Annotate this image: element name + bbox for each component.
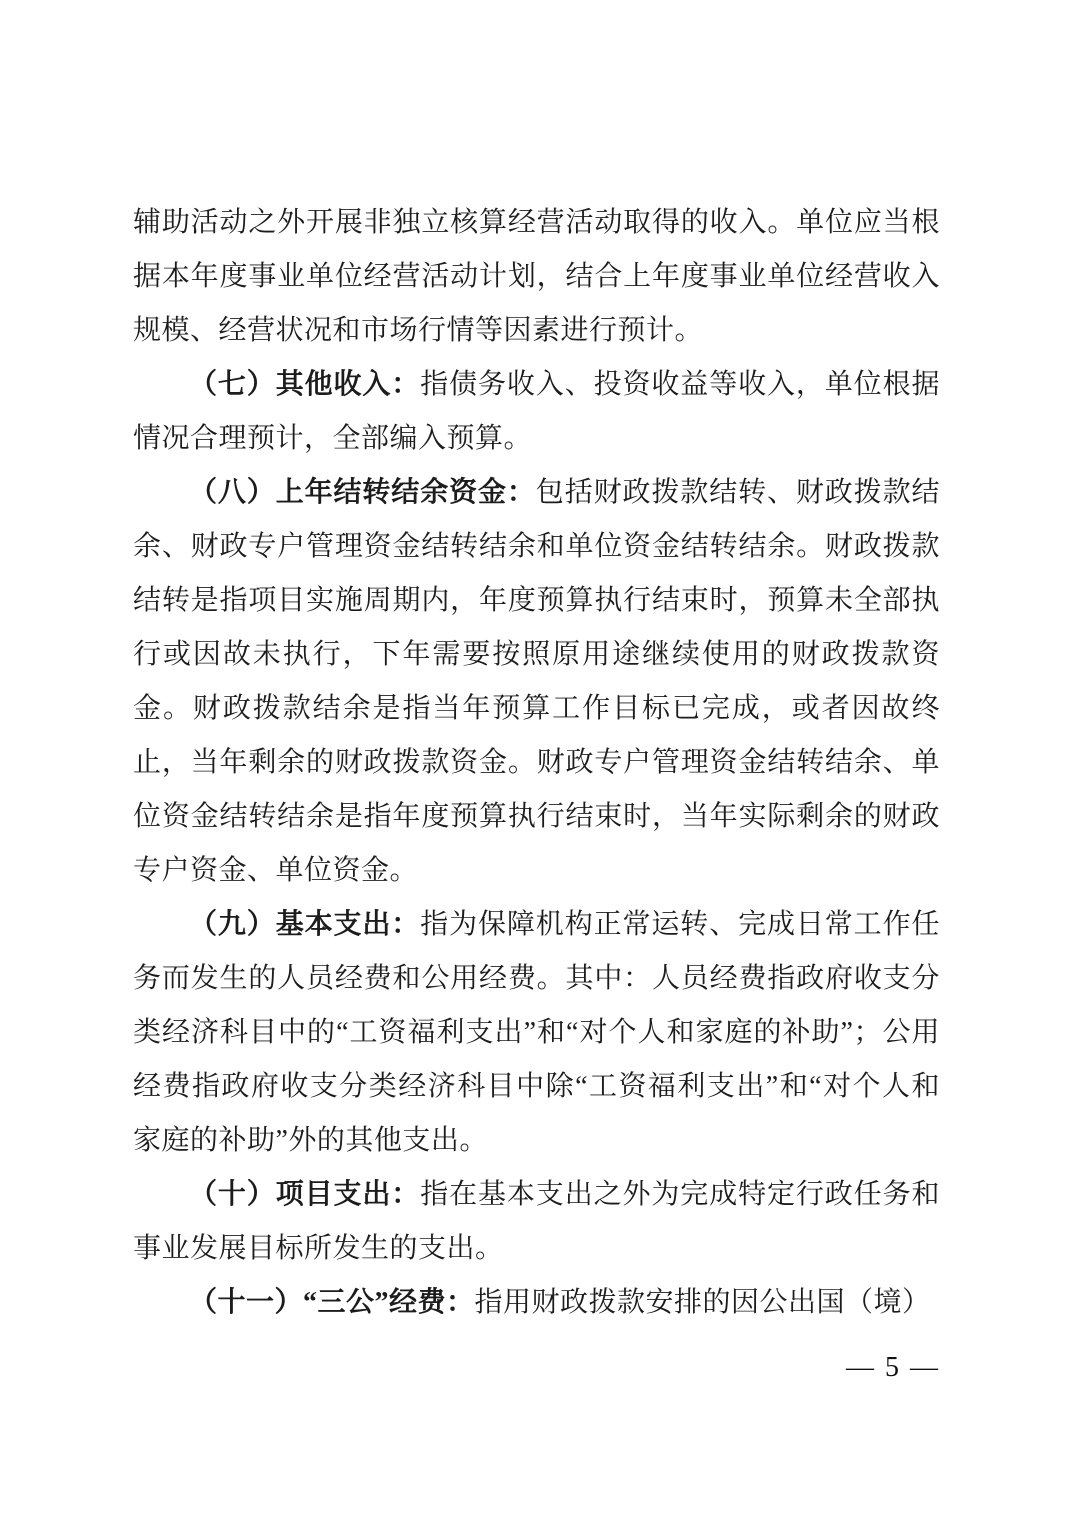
paragraph-item-7: （七）其他收入：指债务收入、投资收益等收入，单位根据情况合理预计，全部编入预算。 [133, 358, 940, 466]
page-number: — 5 — [846, 1352, 940, 1384]
paragraph-lead: （十）项目支出： [189, 1179, 420, 1210]
paragraph-item-11: （十一）“三公”经费：指用财政拨款安排的因公出国（境） [133, 1276, 940, 1330]
paragraph-item-10: （十）项目支出：指在基本支出之外为完成特定行政任务和事业发展目标所发生的支出。 [133, 1168, 940, 1276]
paragraph-text: 辅助活动之外开展非独立核算经营活动取得的收入。单位应当根据本年度事业单位经营活动… [133, 207, 940, 346]
paragraph-text: 指用财政拨款安排的因公出国（境） [475, 1287, 931, 1318]
paragraph-lead: （七）其他收入： [189, 369, 420, 400]
paragraph-item-8: （八）上年结转结余资金：包括财政拨款结转、财政拨款结余、财政专户管理资金结转结余… [133, 466, 940, 898]
paragraph-item-9: （九）基本支出：指为保障机构正常运转、完成日常工作任务而发生的人员经费和公用经费… [133, 898, 940, 1168]
document-page: 辅助活动之外开展非独立核算经营活动取得的收入。单位应当根据本年度事业单位经营活动… [0, 0, 1074, 1520]
paragraph-lead: （九）基本支出： [189, 909, 420, 940]
paragraph-lead: （十一）“三公”经费： [189, 1287, 475, 1318]
paragraph-continuation: 辅助活动之外开展非独立核算经营活动取得的收入。单位应当根据本年度事业单位经营活动… [133, 196, 940, 358]
paragraph-text: 指为保障机构正常运转、完成日常工作任务而发生的人员经费和公用经费。其中：人员经费… [133, 909, 940, 1156]
paragraph-lead: （八）上年结转结余资金： [189, 477, 536, 508]
document-body: 辅助活动之外开展非独立核算经营活动取得的收入。单位应当根据本年度事业单位经营活动… [133, 196, 940, 1330]
paragraph-text: 包括财政拨款结转、财政拨款结余、财政专户管理资金结转结余和单位资金结转结余。财政… [133, 477, 940, 886]
